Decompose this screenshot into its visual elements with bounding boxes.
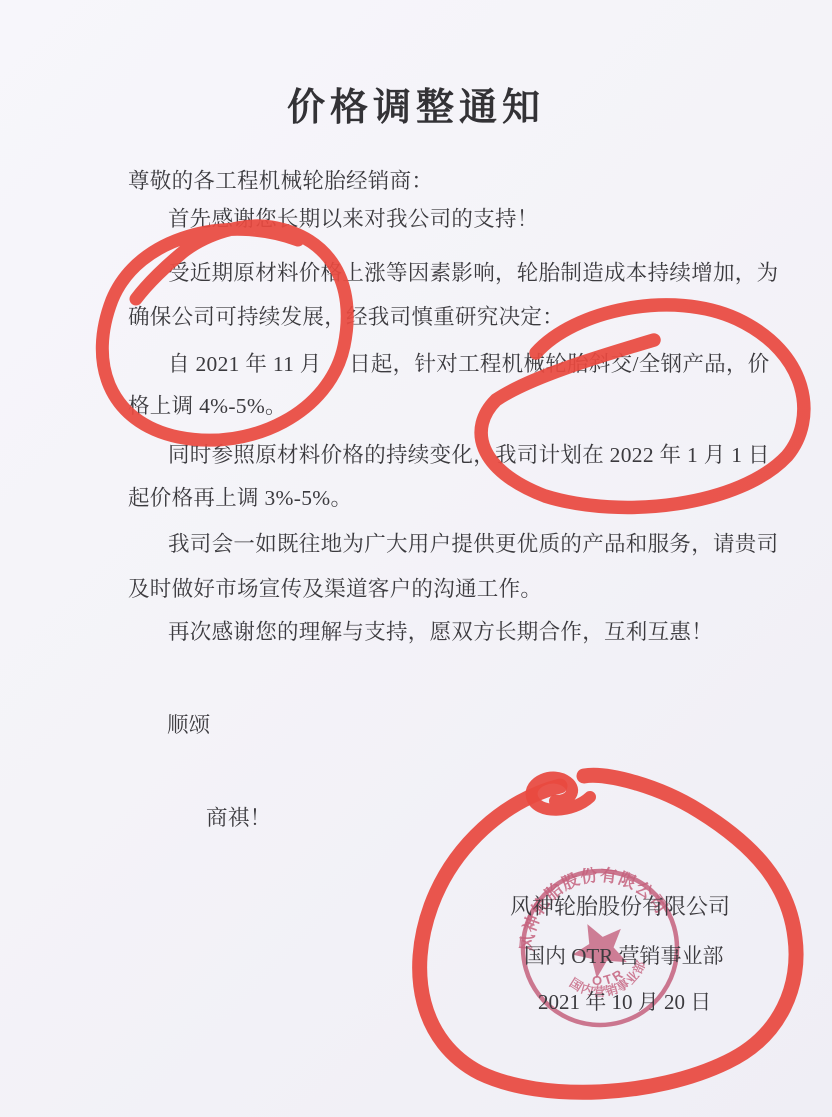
annotation-knot-loop bbox=[532, 778, 590, 810]
body-line-jan-increase-2: 起价格再上调 3%-5%。 bbox=[128, 484, 352, 512]
scanned-notice-page: 价格调整通知 尊敬的各工程机械轮胎经销商： 首先感谢您长期以来对我公司的支持！ … bbox=[0, 0, 832, 1117]
body-line-regards: 再次感谢您的理解与支持，愿双方长期合作，互利互惠！ bbox=[168, 618, 713, 646]
signature-date: 2021 年 10 月 20 日 bbox=[538, 986, 711, 1016]
body-line-service-1: 我司会一如既往地为广大用户提供更优质的产品和服务，请贵司 bbox=[168, 530, 778, 558]
closing-phrase-top: 顺颂 bbox=[167, 711, 211, 739]
notice-title: 价格调整通知 bbox=[0, 76, 832, 131]
signature-department: 国内 OTR 营销事业部 bbox=[524, 940, 724, 970]
salutation-line: 尊敬的各工程机械轮胎经销商： bbox=[128, 167, 433, 195]
signature-company: 风神轮胎股份有限公司 bbox=[510, 890, 730, 921]
body-line-jan-increase-1: 同时参照原材料价格的持续变化，我司计划在 2022 年 1 月 1 日 bbox=[168, 441, 770, 469]
body-line-thanks: 首先感谢您长期以来对我公司的支持！ bbox=[168, 205, 539, 233]
annotation-circle-january-date bbox=[481, 305, 804, 508]
body-line-reason-2: 确保公司可持续发展，经我司慎重研究决定： bbox=[128, 303, 564, 331]
body-line-service-2: 及时做好市场宣传及渠道客户的沟通工作。 bbox=[128, 575, 542, 603]
closing-phrase-bottom: 商祺！ bbox=[206, 804, 271, 832]
body-line-nov-increase-2: 格上调 4%-5%。 bbox=[128, 392, 287, 420]
body-line-reason-1: 受近期原材料价格上涨等因素影响，轮胎制造成本持续增加，为 bbox=[168, 259, 778, 287]
body-line-nov-increase-1: 自 2021 年 11 月 日起，针对工程机械轮胎斜交/全钢产品，价 bbox=[168, 350, 770, 378]
